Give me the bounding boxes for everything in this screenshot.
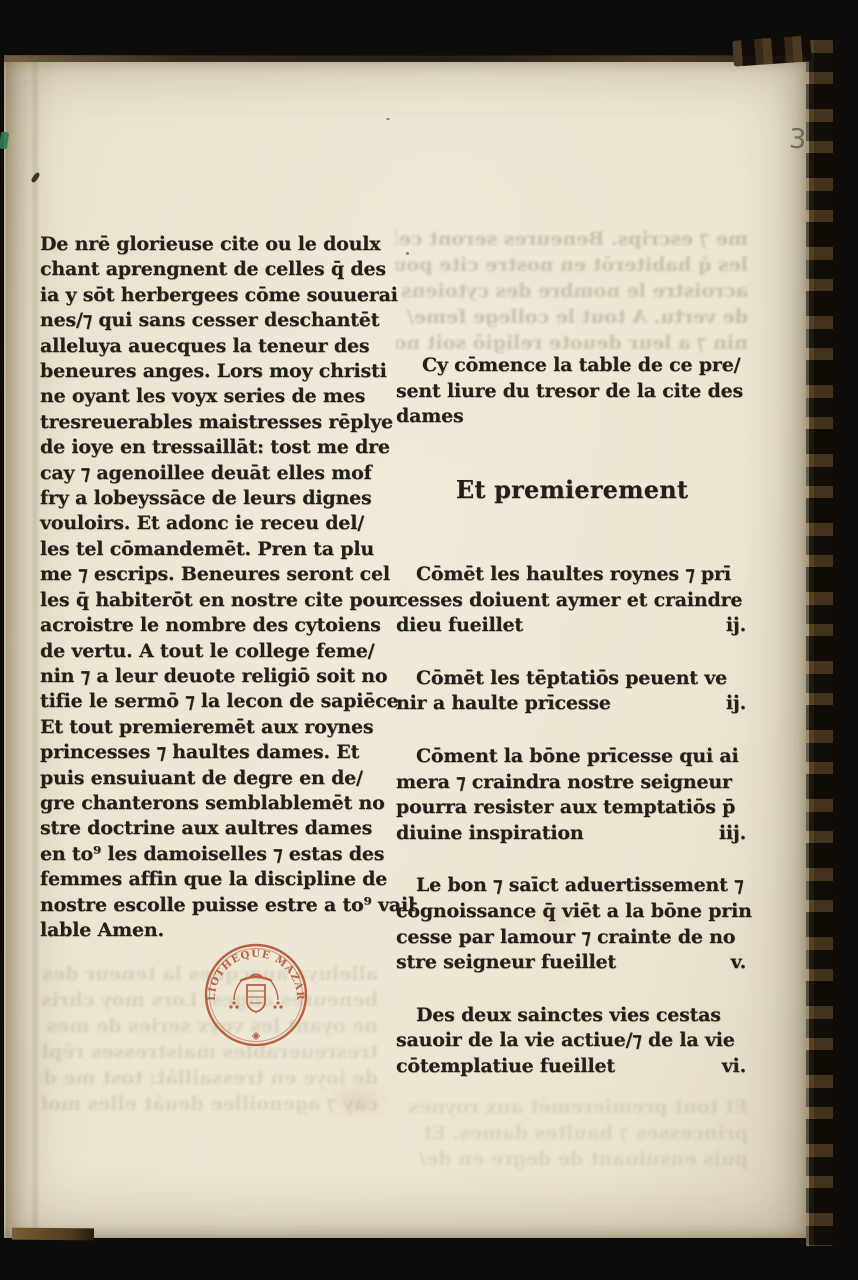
toc-entry: Des deux sainctes vies cestassauoir de l… <box>396 1003 748 1080</box>
svg-text:BIBLIOTHEQUE MAZARINE: BIBLIOTHEQUE MAZARINE <box>201 940 306 1001</box>
text-line: vouloirs. Et adonc ie receu del/ <box>40 511 378 536</box>
text-line: sauoir de la vie actiue/⁊ de la vie <box>396 1028 748 1054</box>
text-line: Cōmēt les tēptatiōs peuent ve <box>396 666 748 692</box>
text-line: stre doctrine aux aultres dames <box>40 816 378 841</box>
text-line: Cy cōmence la table de ce pre/ <box>396 353 748 379</box>
text-line: chant aprengnent de celles q̄ des <box>40 257 378 282</box>
text-line: cesses doiuent aymer et craindre <box>396 588 748 614</box>
text-line: De nrē glorieuse cite ou le doulx <box>40 232 378 257</box>
stamp-shield-icon <box>247 985 265 1012</box>
text-line: puis ensuiuant de degre en de/ <box>40 766 378 791</box>
text-line: tifie le sermō ⁊ la lecon de sapiēce <box>40 689 378 714</box>
book-binding-edge <box>806 40 833 1246</box>
entry-text: nir a haulte prīcesse <box>396 691 611 717</box>
entry-text: diuine inspiration <box>396 821 584 847</box>
entry-folio-number: vi. <box>722 1054 748 1080</box>
text-line: Des deux sainctes vies cestas <box>396 1003 748 1029</box>
toc-entry: Cōment la bōne prīcesse qui aimera ⁊ cra… <box>396 744 748 846</box>
text-line: pourra resister aux temptatiōs p̄ <box>396 795 748 821</box>
paper-speck <box>386 118 390 120</box>
toc-entry: Le bon ⁊ saīct aduertissement ⁊cōgnoissa… <box>396 873 748 975</box>
text-line: cay ⁊ agenoillee deuāt elles mof <box>40 1091 378 1117</box>
foxing-stain <box>324 1076 394 1122</box>
text-line: nin ⁊ a leur deuote religiō soit no <box>40 664 378 689</box>
text-line: princesses ⁊ haultes dames. Et <box>396 1120 748 1146</box>
entry-text: stre seigneur fueillet <box>396 950 616 976</box>
page-fold-crease <box>30 56 40 1238</box>
text-line: de ioye en tressaillāt: tost me dre <box>40 435 378 460</box>
text-line: dieu fueilletij. <box>396 613 748 639</box>
entry-folio-number: iij. <box>719 821 748 847</box>
text-line: mera ⁊ craindra nostre seigneur <box>396 770 748 796</box>
text-line: ne oyant les voyx series de mes <box>40 384 378 409</box>
text-line: dames <box>396 404 748 430</box>
text-line: puis ensuiuant de degre en de/ <box>396 1146 748 1172</box>
toc-entries: Cōmēt les haultes roynes ⁊ prīcesses doi… <box>396 562 748 1107</box>
text-line: diuine inspirationiij. <box>396 821 748 847</box>
showthrough-top-right: me ⁊ escrips. Beneures seront celles q̄ … <box>396 226 748 354</box>
text-line: de vertu. A tout le college feme/ <box>396 304 748 330</box>
text-line: tresreuerables maistresses rēplye <box>40 410 378 435</box>
text-line: cōtemplatiue fueilletvi. <box>396 1054 748 1080</box>
toc-entry: Cōmēt les haultes roynes ⁊ prīcesses doi… <box>396 562 748 639</box>
paper-speck <box>406 252 409 255</box>
text-line: les q̄ habiterōt en nostre cite pour <box>40 588 378 613</box>
entry-folio-number: ij. <box>726 691 748 717</box>
text-line: nin ⁊ a leur deuote religiō soit no <box>396 330 748 354</box>
text-line: cesse par lamour ⁊ crainte de no <box>396 925 748 951</box>
binding-corner <box>732 35 812 66</box>
text-line: stre seigneur fueilletv. <box>396 950 748 976</box>
text-line: nir a haulte prīcesseij. <box>396 691 748 717</box>
toc-entry: Cōmēt les tēptatiōs peuent venir a hault… <box>396 666 748 717</box>
text-line: me ⁊ escrips. Beneures seront cel <box>40 562 378 587</box>
mazarine-library-stamp: BIBLIOTHEQUE MAZARINE <box>201 940 311 1050</box>
text-line: femmes affin que la discipline de <box>40 867 378 892</box>
book-page: me ⁊ escrips. Beneures seront celles q̄ … <box>4 56 806 1238</box>
text-line: beneures anges. Lors moy christi <box>40 359 378 384</box>
toc-heading: Et premierement <box>396 477 748 503</box>
text-line: acroistre le nombre des cytoiens <box>396 278 748 304</box>
text-line: les tel cōmandemēt. Pren ta plu <box>40 537 378 562</box>
left-text-column: De nrē glorieuse cite ou le doulxchant a… <box>40 232 378 943</box>
text-line: Cōment la bōne prīcesse qui ai <box>396 744 748 770</box>
text-line: Cōmēt les haultes roynes ⁊ prī <box>396 562 748 588</box>
stamp-legend: BIBLIOTHEQUE MAZARINE <box>201 940 306 1001</box>
text-line: nes/⁊ qui sans cesser deschantēt <box>40 308 378 333</box>
text-line: acroistre le nombre des cytoiens <box>40 613 378 638</box>
text-line: gre chanterons semblablemēt no <box>40 791 378 816</box>
entry-text: cōtemplatiue fueillet <box>396 1054 615 1080</box>
gutter-shadow <box>6 56 32 1238</box>
text-line: Et tout premieremēt aux roynes <box>40 715 378 740</box>
scanner-background: me ⁊ escrips. Beneures seront celles q̄ … <box>0 0 858 1280</box>
text-line: de ioye en tressaillāt: tost me dre <box>40 1065 378 1091</box>
page-top-edge <box>4 55 806 62</box>
text-line: nostre escolle puisse estre a to⁹ vail <box>40 893 378 918</box>
text-line: me ⁊ escrips. Beneures seront cel <box>396 226 748 252</box>
entry-text: dieu fueillet <box>396 613 523 639</box>
entry-folio-number: ij. <box>726 613 748 639</box>
text-line: de vertu. A tout le college feme/ <box>40 639 378 664</box>
text-line: cay ⁊ agenoillee deuāt elles mof <box>40 461 378 486</box>
toc-intro: Cy cōmence la table de ce pre/sent liure… <box>396 353 748 430</box>
text-line: fry a lobeyssāce de leurs dignes <box>40 486 378 511</box>
text-line: ia y sōt herbergees cōme souuerai <box>40 283 378 308</box>
board-edge-bottom-left <box>12 1228 94 1241</box>
text-line: alleluya auecques la teneur des <box>40 334 378 359</box>
text-line: princesses ⁊ haultes dames. Et <box>40 740 378 765</box>
pencil-folio-number: 3 <box>788 124 807 156</box>
entry-folio-number: v. <box>731 950 748 976</box>
text-line: en to⁹ les damoiselles ⁊ estas des <box>40 842 378 867</box>
stamp-star-icon <box>252 1032 260 1040</box>
text-line: Le bon ⁊ saīct aduertissement ⁊ <box>396 873 748 899</box>
text-line: cōgnoissance q̄ viēt a la bōne prin <box>396 899 748 925</box>
text-line: les q̄ habiterōt en nostre cite pour <box>396 252 748 278</box>
text-line: sent liure du tresor de la cite des <box>396 379 748 405</box>
stamp-hat-icon <box>240 977 272 981</box>
